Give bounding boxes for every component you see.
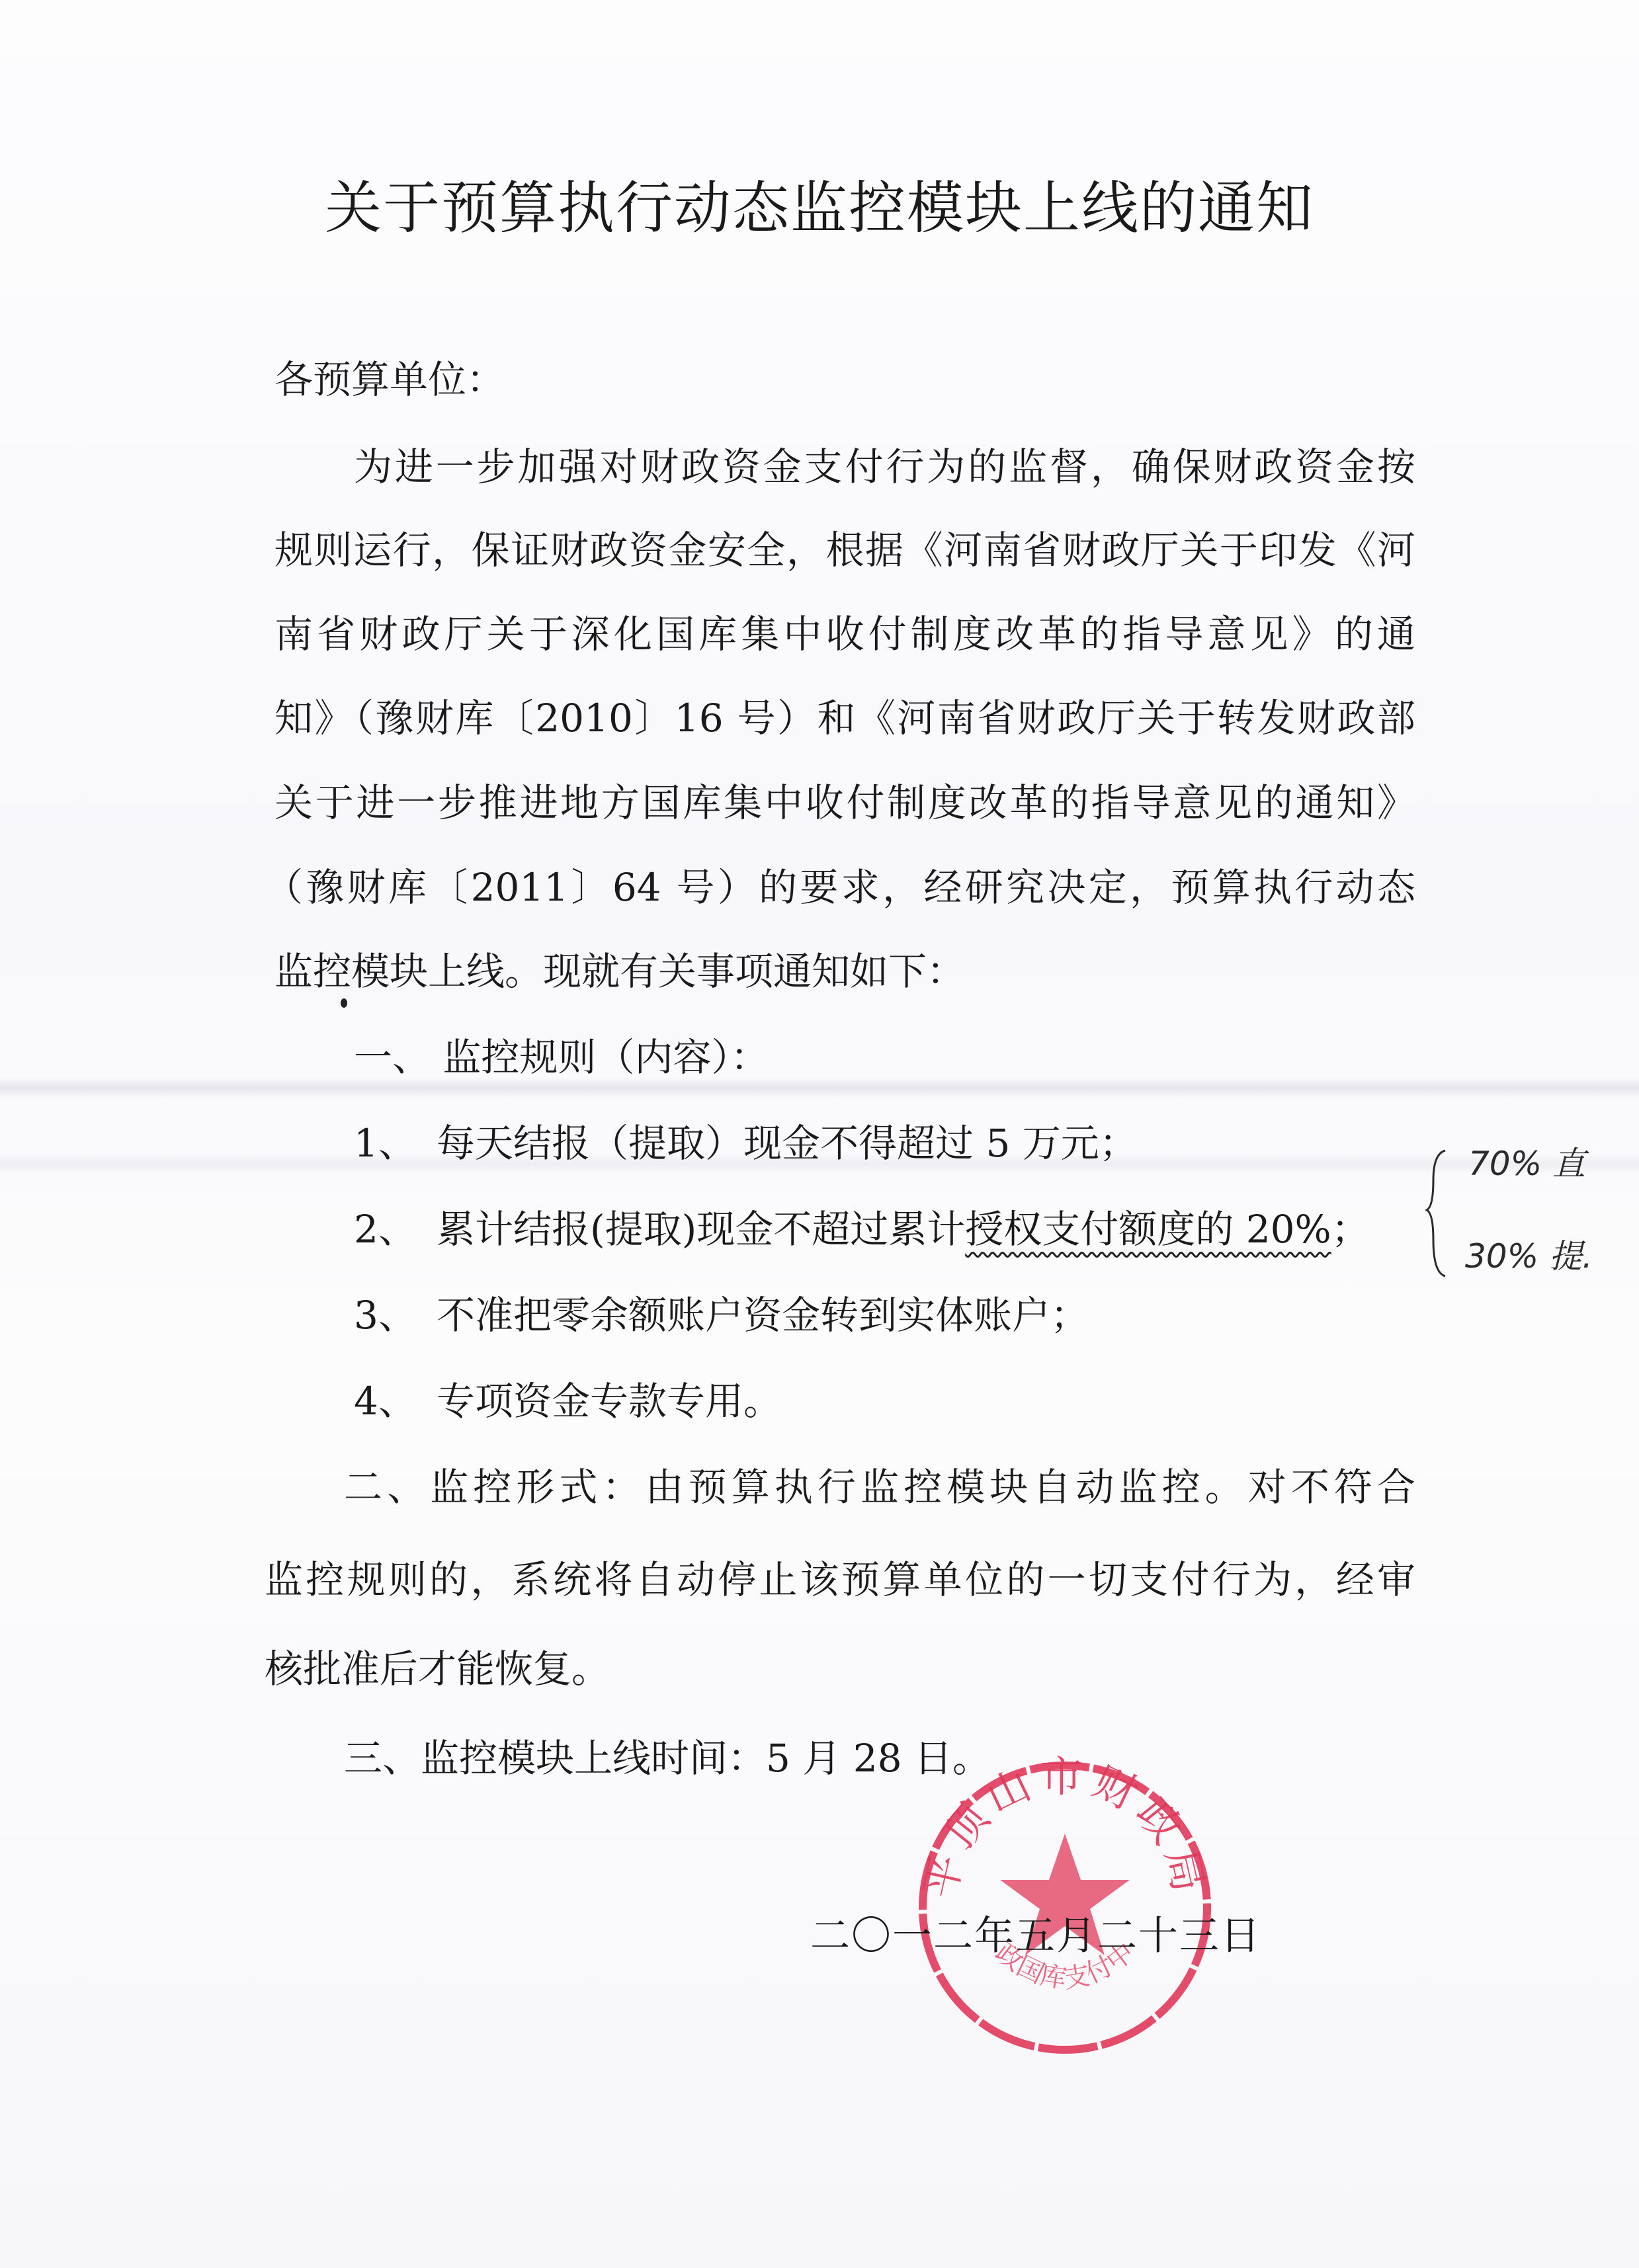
document-title: 关于预算执行动态监控模块上线的通知 (0, 162, 1639, 244)
rule-text: 专项资金专款专用。 (437, 1379, 782, 1424)
salutation: 各预算单位： (274, 360, 505, 399)
rule-item: 2、累计结报(提取)现金不超过累计授权支付额度的 20%； (354, 1210, 1370, 1248)
rule-item: 4、专项资金专款专用。 (354, 1382, 782, 1420)
rule-text: 每天结报（提取）现金不得超过 5 万元； (437, 1121, 1138, 1166)
section3-golive: 三、监控模块上线时间：5 月 28 日。 (344, 1739, 991, 1777)
body-line: 知》（豫财库〔2010〕16 号）和《河南省财政厅关于转发财政部 (274, 699, 1415, 737)
body-line: 南省财政厅关于深化国库集中收付制度改革的指导意见》的通 (274, 615, 1415, 653)
rule-text: 累计结报(提取)现金不超过累计 (437, 1207, 965, 1252)
body-line: 监控模块上线。现就有关事项通知如下： (274, 952, 965, 991)
rule-number: 2、 (354, 1210, 437, 1248)
handwritten-note-line1: 70% 直 (1468, 1137, 1585, 1185)
section2-line: 监控规则的，系统将自动停止该预算单位的一切支付行为，经审 (265, 1560, 1415, 1599)
rule-number: 3、 (354, 1296, 437, 1334)
rule-text: 不准把零余额账户资金转到实体账户； (437, 1293, 1089, 1338)
rule-number: 1、 (354, 1124, 437, 1162)
rule-item: 1、每天结报（提取）现金不得超过 5 万元； (354, 1124, 1138, 1162)
body-line: 为进一步加强对财政资金支付行为的监督，确保财政资金按 (354, 448, 1415, 486)
section2-line: 二、监控形式：由预算执行监控模块自动监控。对不符合 (344, 1468, 1415, 1506)
section-heading-rules: 一、 监控规则（内容）： (354, 1038, 769, 1076)
issue-date: 二〇一二年五月二十三日 (810, 1904, 1261, 1961)
rule-text-underlined: 授权支付额度的 20% (965, 1207, 1331, 1252)
body-line: （豫财库〔2011〕64 号）的要求，经研究决定，预算执行动态 (265, 868, 1415, 907)
ink-mark (341, 998, 347, 1008)
body-line: 规则运行，保证财政资金安全，根据《河南省财政厅关于印发《河 (274, 531, 1415, 569)
handwritten-brace-icon (1425, 1147, 1452, 1279)
handwritten-note-line2: 30% 提. (1465, 1230, 1593, 1277)
rule-number: 4、 (354, 1382, 437, 1420)
section2-line: 核批准后才能恢复。 (265, 1650, 610, 1688)
body-line: 关于进一步推进地方国库集中收付制度改革的指导意见的通知》 (274, 784, 1415, 822)
rule-text: ； (1331, 1207, 1370, 1252)
document-page: 关于预算执行动态监控模块上线的通知 各预算单位： 为进一步加强对财政资金支付行为… (0, 0, 1639, 2268)
rule-item: 3、不准把零余额账户资金转到实体账户； (354, 1296, 1089, 1334)
paper-fold (0, 1078, 1639, 1098)
